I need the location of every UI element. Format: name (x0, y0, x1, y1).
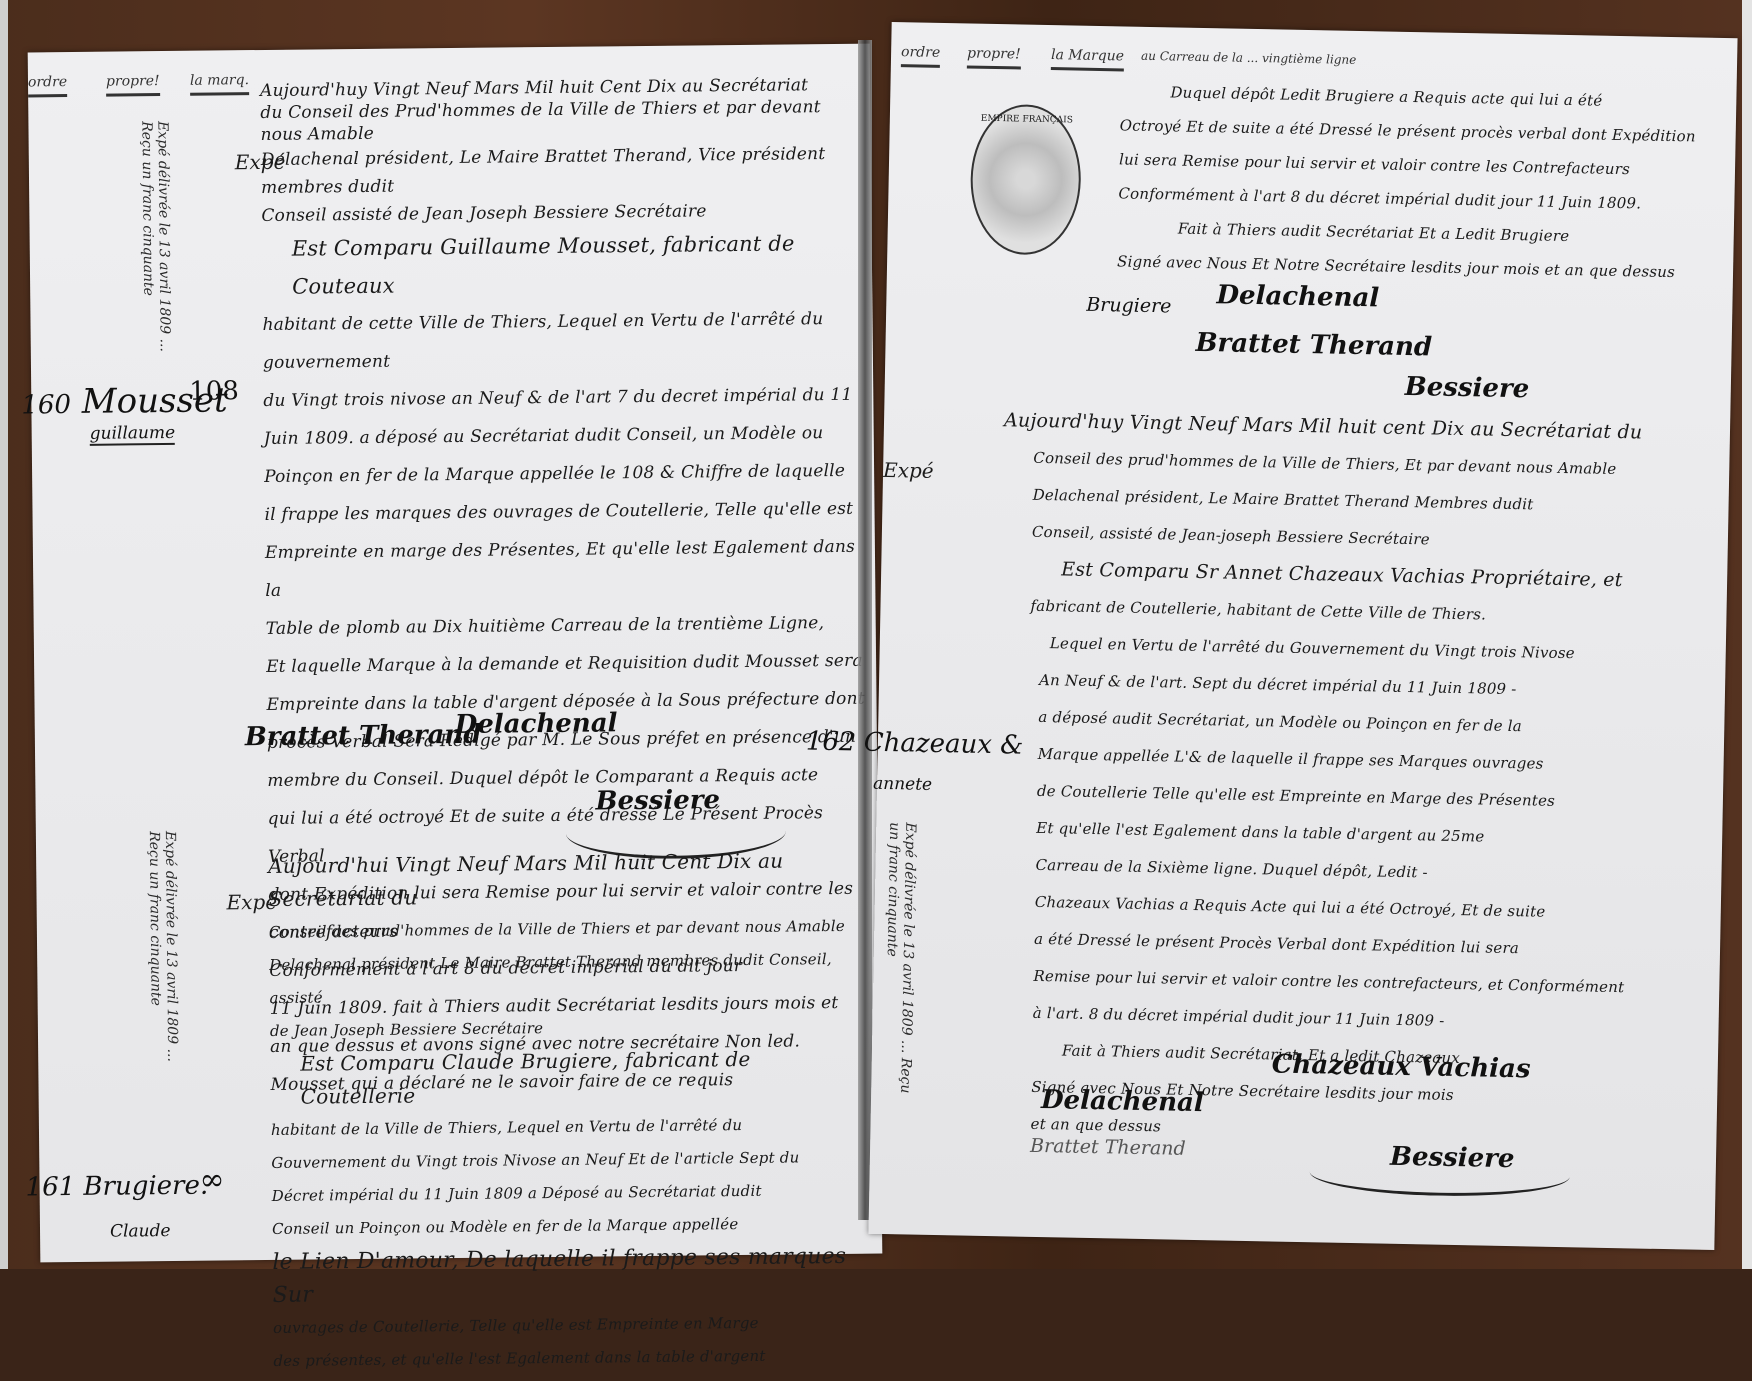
register-right-page: ordre propre! la Marque au Carreau de la… (868, 22, 1737, 1250)
signature-bessiere-right: Bessiere (1405, 372, 1530, 404)
entry-number-161: 161 Brugiere. (25, 1171, 208, 1203)
margin-note-162: Expé délivrée le 13 avril 1809 ... Reçu … (881, 822, 918, 1103)
header-marque-right: la Marque (1051, 47, 1124, 71)
signature-delachenal-162: Delachenal (1041, 1085, 1204, 1118)
signature-delachenal: Delachenal (455, 708, 618, 740)
entry-number-162: 162 Chazeaux & (806, 726, 1024, 760)
trademark-lien-damour: ∞ (199, 1162, 224, 1197)
imperial-seal-stamp: EMPIRE FRANÇAIS (969, 104, 1082, 256)
signature-delachenal-right: Delachenal (1216, 280, 1379, 313)
signature-chazeaux-vachias: Chazeaux Vachias (1271, 1049, 1530, 1084)
header-ordre: ordre (28, 74, 67, 97)
entry-given-name-161: Claude (110, 1221, 171, 1242)
register-left-page: ordre propre! la marq. Expé délivrée le … (28, 44, 883, 1263)
trademark-108: 108 (189, 376, 239, 407)
continuation-header: au Carreau de la ... vingtième ligne (1141, 49, 1356, 67)
entry-given-name-162: annete (873, 774, 932, 795)
book-spine (858, 40, 872, 1220)
entry-161-text: Aujourd'hui Vingt Neuf Mars Mil huit Cen… (268, 844, 873, 1269)
header-ordre-right: ordre (901, 44, 940, 68)
signature-brugiere: Brugiere (1086, 294, 1172, 318)
signature-brattet-therand: Brattet Therand (245, 720, 482, 752)
header-marque: la marq. (190, 72, 249, 96)
entry-given-name-160: guillaume (90, 423, 176, 446)
header-propre: propre! (106, 73, 160, 97)
signature-flourish-162 (1309, 1150, 1570, 1198)
header-propre-right: propre! (967, 45, 1021, 69)
entry-162-text: Aujourd'huy Vingt Neuf Mars Mil huit cen… (990, 402, 1704, 1155)
signature-brattet-therand-right: Brattet Therand (1195, 328, 1432, 363)
entry-161-continuation: Duquel dépôt Ledit Brugiere a Requis act… (1117, 74, 1711, 289)
margin-note-161: Expé délivrée le 13 avril 1809 ... Reçu … (146, 831, 181, 1091)
status-mark-162: Expé (883, 458, 934, 483)
signature-brattet-therand-162: Brattet Therand (1030, 1135, 1186, 1160)
margin-note-160: Expé délivrée le 13 avril 1809 ... Reçu … (138, 121, 173, 381)
